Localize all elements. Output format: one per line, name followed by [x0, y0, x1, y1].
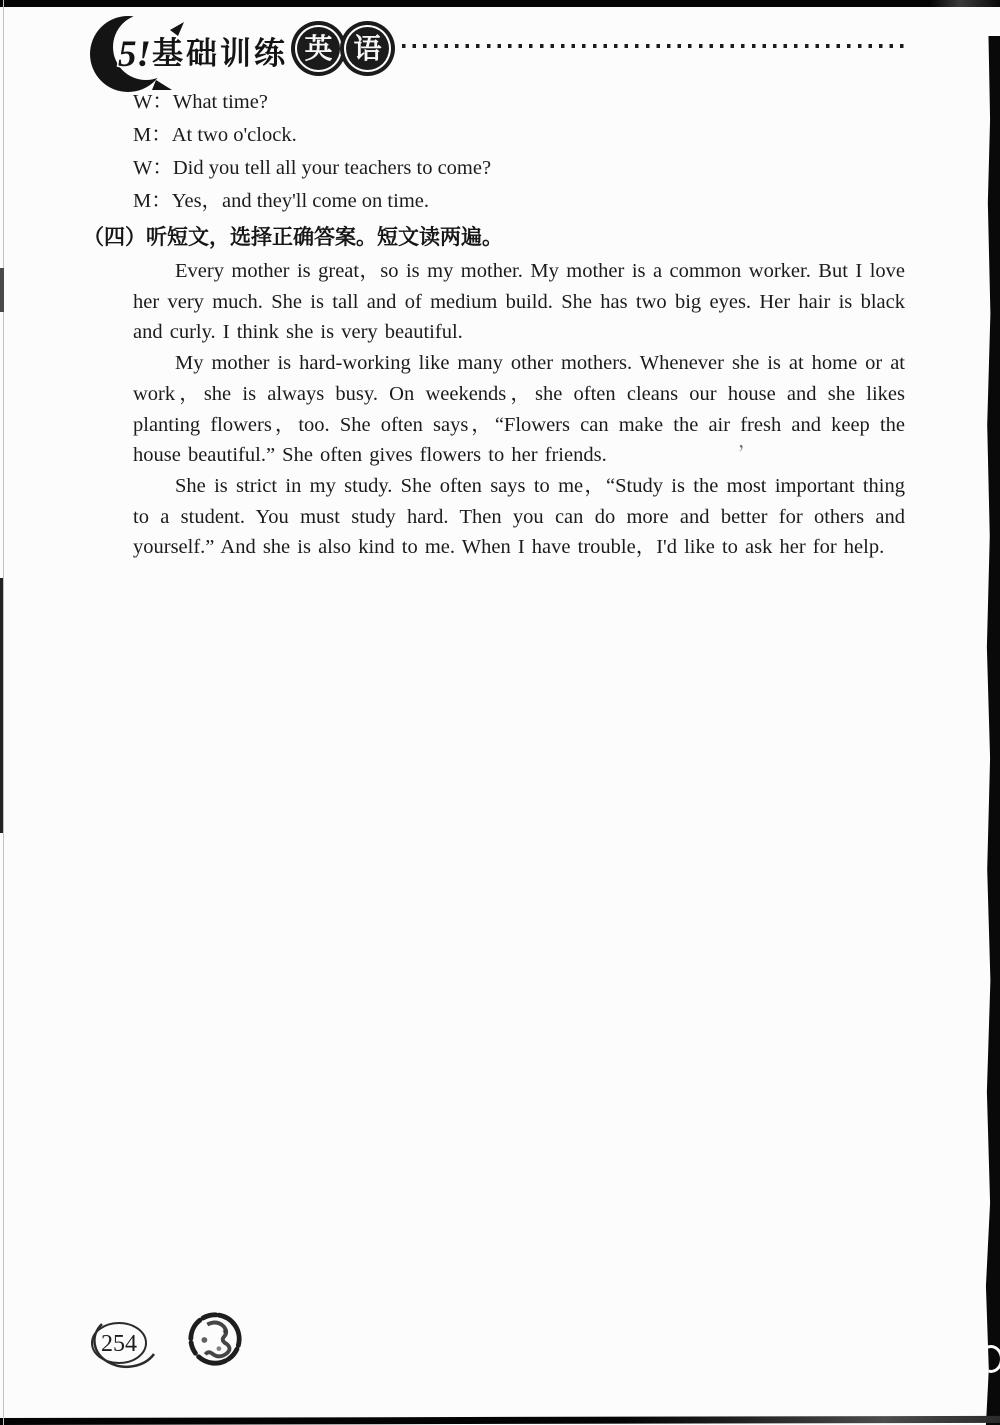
scan-mark-left-upper [0, 268, 4, 312]
subject-badge-language: 语 [344, 25, 391, 72]
section-marker: （四） [83, 225, 146, 249]
passage-paragraph-2: My mother is hard-working like many othe… [133, 348, 905, 471]
page-footer: 254 [0, 1300, 400, 1400]
dialogue-line-2: M：At two o'clock. [133, 119, 905, 152]
page-header: 5! 基础训练· 英 语 [78, 10, 920, 82]
section-instruction: 听短文，选择正确答案。短文读两遍。 [146, 225, 503, 249]
stamp-speck-1 [201, 1337, 207, 1343]
stamp-speck-2 [217, 1346, 222, 1351]
stamp-smudge [205, 1322, 229, 1356]
section-heading: （四）听短文，选择正确答案。短文读两遍。 [83, 222, 905, 253]
listening-passage: Every mother is great，so is my mother. M… [133, 256, 905, 563]
badge-char-ying: 英 [304, 35, 332, 63]
dialogue-line-3: W：Did you tell all your teachers to come… [133, 152, 905, 185]
badge-char-yu: 语 [353, 35, 381, 63]
scan-edge-top [0, 0, 1000, 7]
subject-badge-english: 英 [295, 25, 342, 72]
scan-edge-left [3, 0, 4, 1425]
passage-paragraph-3: She is strict in my study. She often say… [133, 471, 905, 563]
page-content: W：What time? M：At two o'clock. W：Did you… [133, 86, 905, 563]
publisher-stamp-icon [186, 1310, 244, 1368]
dialogue-line-1: W：What time? [133, 86, 905, 119]
dotted-rule [402, 44, 910, 48]
series-title: 基础训练· [152, 28, 305, 73]
dialogue-transcript: W：What time? M：At two o'clock. W：Did you… [133, 86, 905, 218]
logo-text: 5! [118, 34, 151, 75]
scan-edge-right [984, 36, 1000, 1425]
scan-edge-bottom [0, 1416, 1000, 1425]
scanned-textbook-page: ， 5! 基础训练· 英 语 W：What time? M：At two o'c… [0, 0, 1000, 1425]
punch-hole [979, 1345, 1000, 1373]
page-number: 254 [101, 1331, 137, 1357]
dialogue-line-4: M：Yes，and they'll come on time. [133, 185, 905, 218]
passage-paragraph-1: Every mother is great，so is my mother. M… [133, 256, 905, 348]
stamp-ring [186, 1310, 244, 1368]
page-number-mark: 254 [82, 1312, 160, 1376]
stamp-speck-3 [223, 1329, 227, 1333]
series-title-text: 基础训练 [152, 36, 288, 72]
scan-mark-left-middle [0, 578, 3, 833]
